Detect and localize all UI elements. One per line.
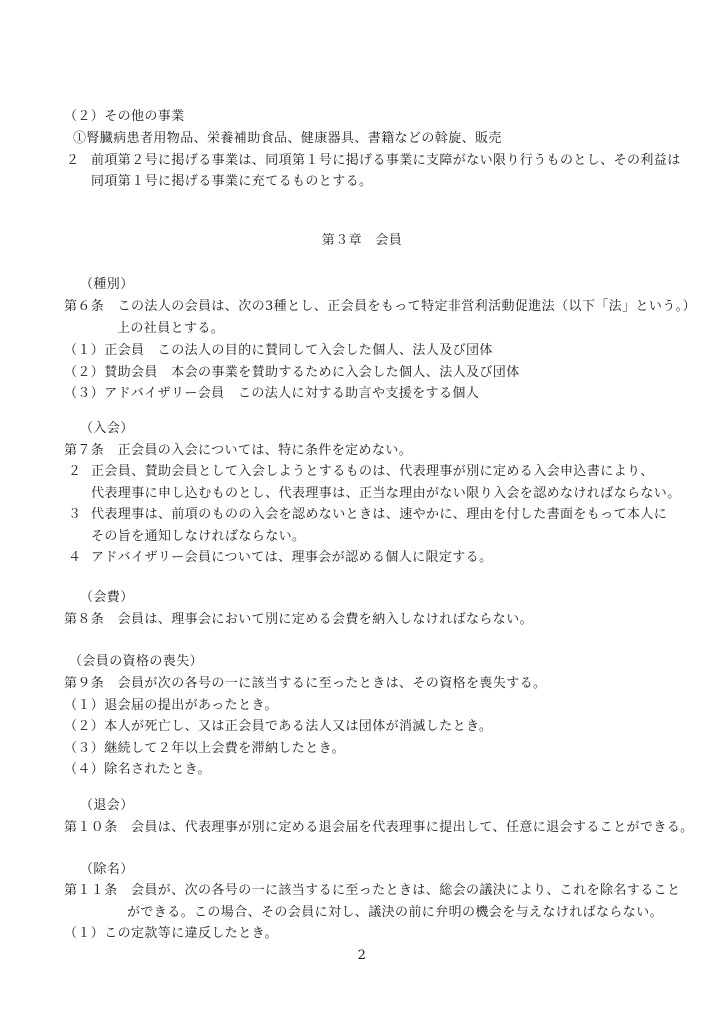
article-10-caption: （退会） xyxy=(80,798,134,814)
article-9-item-2: （２）本人が死亡し、又は正会員である法人又は団体が消滅したとき。 xyxy=(64,719,492,735)
article-6-caption: （種別） xyxy=(80,277,134,293)
article-7-p3-number: ３ xyxy=(68,507,81,523)
article-7-p4-line-1: アドバイザリー会員については、理事会が認める個人に限定する。 xyxy=(91,550,492,566)
article-11-line-1: 第１１条 会員が、次の各号の一に該当するに至ったときは、総会の議決により、これを… xyxy=(64,883,680,899)
article-9-caption: （会員の資格の喪失） xyxy=(69,654,203,670)
article-9-item-4: （４）除名されたとき。 xyxy=(64,762,211,778)
article-6-line-2: 上の社員とする。 xyxy=(117,321,224,337)
article-11-item-1: （１）この定款等に違反したとき。 xyxy=(64,926,278,942)
article-8-line-1: 第８条 会員は、理事会において別に定める会費を納入しなければならない。 xyxy=(64,612,533,628)
article-6-item-1: （１）正会員 この法人の目的に賛同して入会した個人、法人及び団体 xyxy=(64,343,493,359)
article-7-p2-number: ２ xyxy=(68,464,81,480)
article-10-line-1: 第１０条 会員は、代表理事が別に定める退会届を代表理事に提出して、任意に退会する… xyxy=(64,820,694,836)
article-6-item-3: （３）アドバイザリー会員 この法人に対する助言や支援をする個人 xyxy=(64,386,479,402)
item-2-sub-1: ①腎臓病患者用物品、栄養補助食品、健康器具、書籍などの斡旋、販売 xyxy=(73,131,502,147)
article-8-caption: （会費） xyxy=(80,590,134,606)
article-7-p2-line-1: 正会員、賛助会員として入会しようとするものは、代表理事が別に定める入会申込書によ… xyxy=(91,464,654,480)
article-7-line-1: 第７条 正会員の入会については、特に条件を定めない。 xyxy=(64,443,412,459)
article-6-item-2: （２）賛助会員 本会の事業を賛助するために入会した個人、法人及び団体 xyxy=(64,365,520,381)
article-7-p2-line-2: 代表理事に申し込むものとし、代表理事は、正当な理由がない限り入会を認めなければな… xyxy=(91,486,681,502)
article-7-p3-line-1: 代表理事は、前項のものの入会を認めないときは、速やかに、理由を付した書面をもって… xyxy=(91,507,667,523)
item-2-heading: （２）その他の事業 xyxy=(64,109,185,125)
article-11-caption: （除名） xyxy=(80,862,134,878)
paragraph-2-line-1: 前項第２号に掲げる事業は、同項第１号に掲げる事業に支障がない限り行うものとし、そ… xyxy=(91,153,681,169)
article-9-line-1: 第９条 会員が次の各号の一に該当するに至ったときは、その資格を喪失する。 xyxy=(64,676,546,692)
article-7-p4-number: ４ xyxy=(68,550,81,566)
page-number: 2 xyxy=(0,948,724,964)
article-9-item-3: （３）継続して２年以上会費を滞納したとき。 xyxy=(64,741,345,757)
paragraph-2-number: ２ xyxy=(66,153,79,169)
chapter-title: 第３章 会員 xyxy=(0,233,724,249)
article-11-line-2: ができる。この場合、その会員に対し、議決の前に弁明の機会を与えなければならない。 xyxy=(127,905,663,921)
article-6-line-1: 第６条 この法人の会員は、次の3種とし、正会員をもって特定非営利活動促進法（以下… xyxy=(64,299,696,315)
document-page: （２）その他の事業 ①腎臓病患者用物品、栄養補助食品、健康器具、書籍などの斡旋、… xyxy=(0,0,724,1024)
article-7-p3-line-2: その旨を通知しなければならない。 xyxy=(91,529,305,545)
paragraph-2-line-2: 同項第１号に掲げる事業に充てるものとする。 xyxy=(91,174,372,190)
article-7-caption: （入会） xyxy=(80,421,134,437)
article-9-item-1: （１）退会届の提出があったとき。 xyxy=(64,698,278,714)
